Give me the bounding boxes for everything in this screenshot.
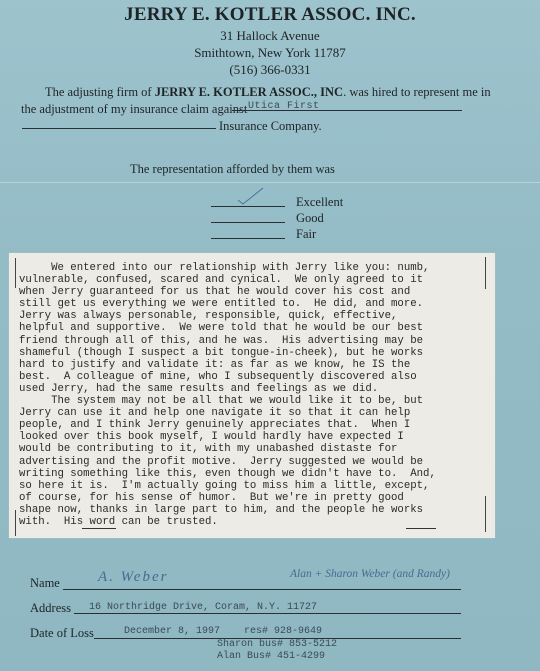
name-label: Name (30, 576, 60, 591)
insurer-field[interactable]: Utica First (248, 101, 320, 112)
intro-line-3: Insurance Company. (219, 119, 322, 134)
intro-line-2: the adjustment of my insurance claim aga… (21, 102, 247, 117)
sharon-phone: Sharon bus# 853-5212 (217, 639, 337, 650)
signature-scrawl[interactable]: A. Weber (98, 569, 168, 586)
rating-blank-fair[interactable] (211, 238, 285, 239)
address-field[interactable]: 16 Northridge Drive, Coram, N.Y. 11727 (89, 602, 317, 613)
underline-mark-right (406, 528, 436, 529)
company-address-street: 31 Hallock Avenue (0, 28, 540, 44)
intro-line-1: The adjusting firm of JERRY E. KOTLER AS… (45, 85, 491, 100)
rating-option-good: Good (296, 211, 324, 226)
res-phone: res# 928-9649 (244, 626, 322, 637)
paper-fold (0, 182, 540, 183)
company-phone: (516) 366-0331 (0, 62, 540, 78)
underline-mark (82, 528, 116, 529)
rating-option-fair: Fair (296, 227, 316, 242)
rating-question: The representation afforded by them was (130, 162, 335, 177)
rating-blank-good[interactable] (211, 222, 285, 223)
date-of-loss-label: Date of Loss (30, 626, 94, 641)
company-name: JERRY E. KOTLER ASSOC. INC. (0, 4, 540, 26)
rating-blank-excellent[interactable] (211, 206, 285, 207)
rating-option-excellent: Excellent (296, 195, 343, 210)
checkmark-icon (235, 186, 265, 206)
intro-suffix: . was hired to represent me in (343, 85, 491, 99)
address-field-line (74, 613, 461, 614)
alan-phone: Alan Bus# 451-4299 (217, 651, 325, 662)
name-field-line (63, 589, 461, 590)
testimonial-text: We entered into our relationship with Je… (19, 262, 489, 528)
intro-prefix: The adjusting firm of (45, 85, 155, 99)
insurer-field-line-2 (22, 128, 216, 129)
bracket-bottom-right (482, 496, 486, 532)
intro-firm-name: JERRY E. KOTLER ASSOC., INC (155, 85, 343, 99)
company-address-city: Smithtown, New York 11787 (0, 45, 540, 61)
address-label: Address (30, 601, 71, 616)
bracket-bottom-left (15, 510, 19, 536)
printed-name[interactable]: Alan + Sharon Weber (and Randy) (290, 568, 450, 580)
date-of-loss-field[interactable]: December 8, 1997 (124, 626, 220, 637)
